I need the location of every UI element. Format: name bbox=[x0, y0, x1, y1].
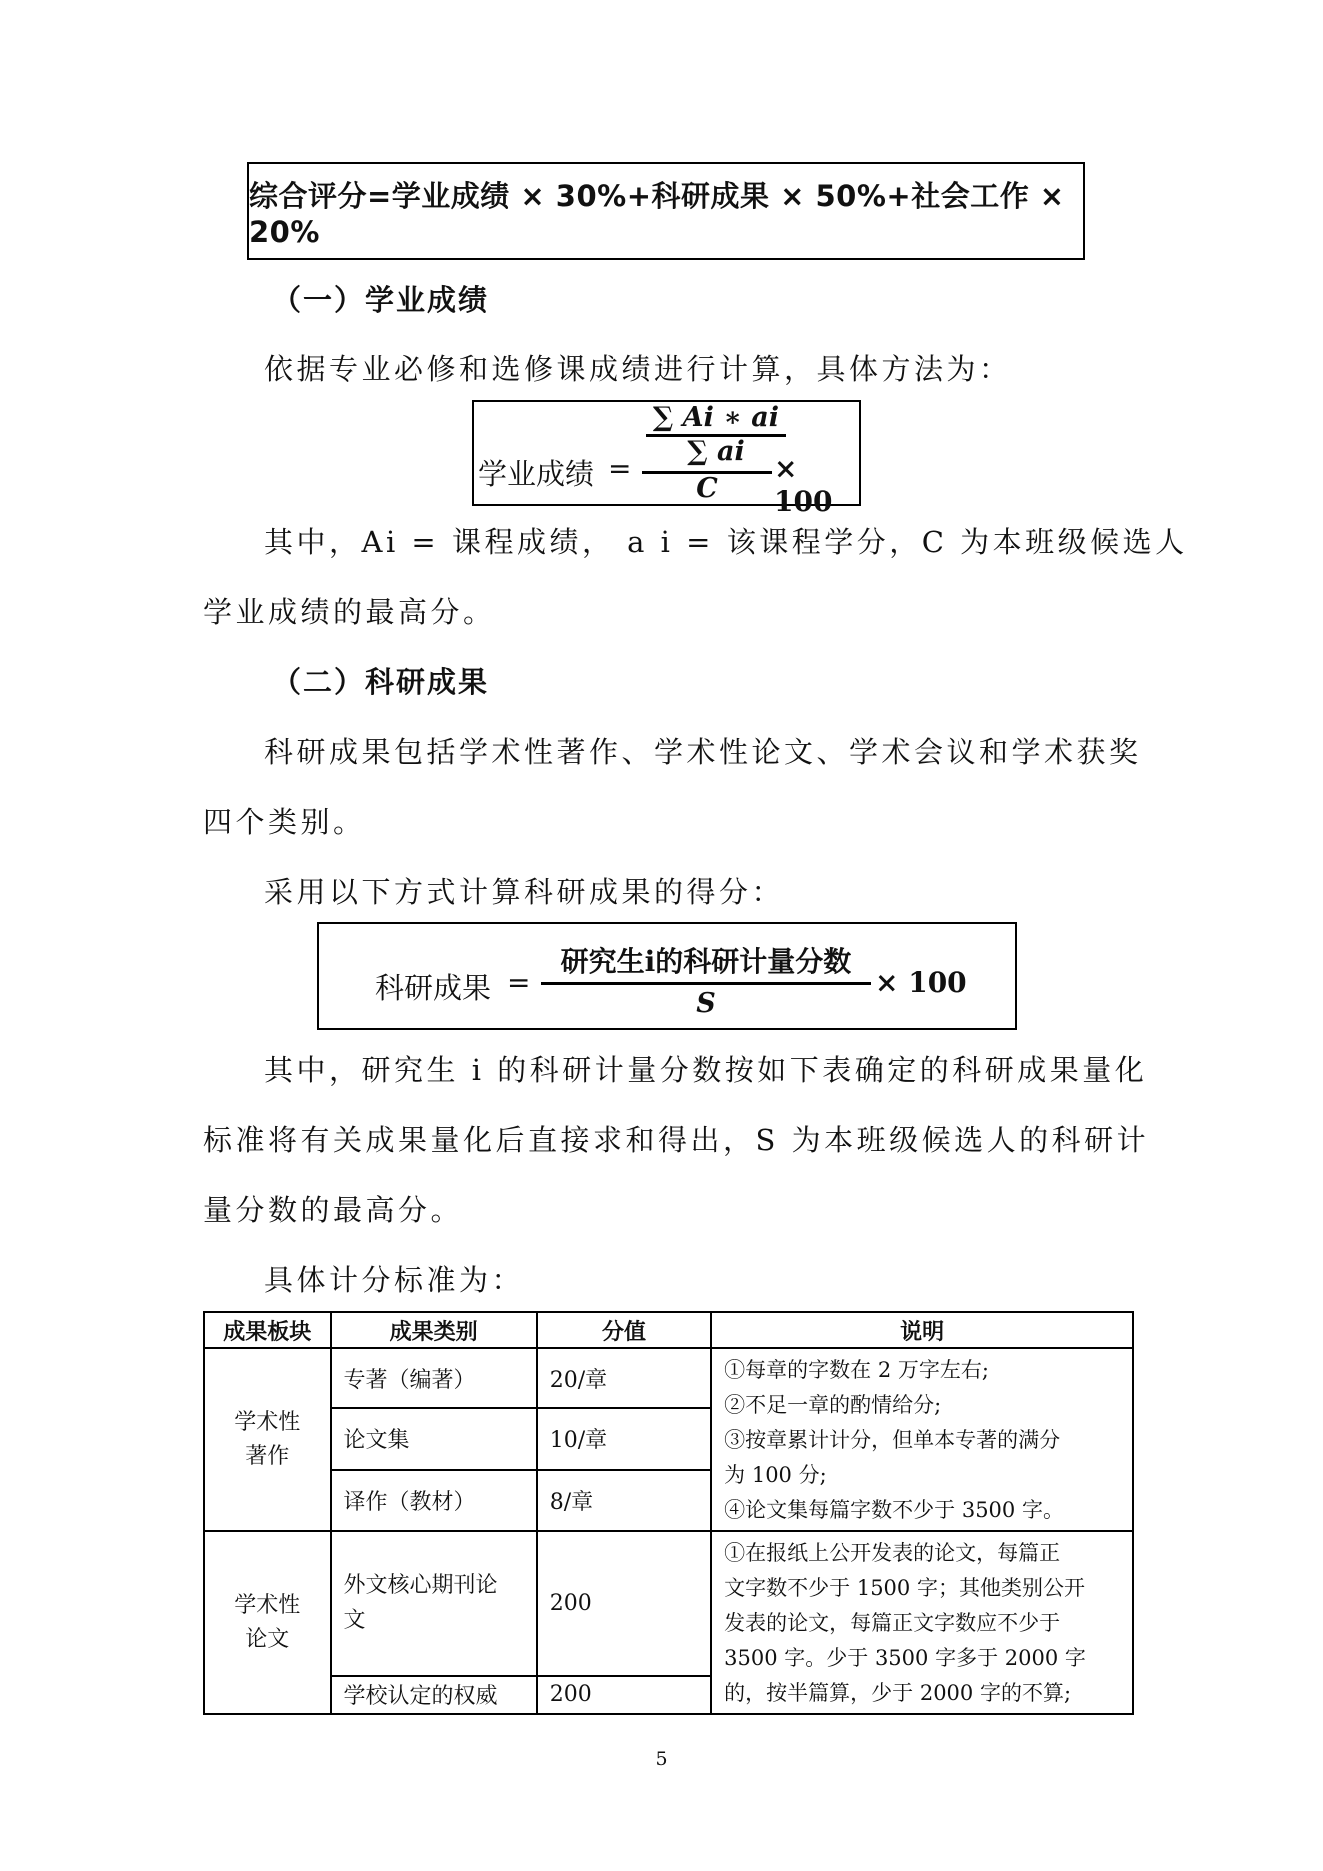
block-line: 学术性 bbox=[217, 1589, 318, 1623]
note-line: 3500 字。少于 3500 字多于 2000 字 bbox=[724, 1641, 1120, 1676]
academic-formula-equals: = bbox=[608, 452, 631, 485]
research-formula-equals: = bbox=[507, 966, 530, 999]
composite-score-formula: 综合评分=学业成绩 × 30%+科研成果 × 50%+社会工作 × 20% bbox=[247, 162, 1085, 260]
note-line: 为 100 分; bbox=[724, 1458, 1120, 1493]
category-cell: 学校认定的权威 bbox=[331, 1676, 537, 1714]
header-category: 成果类别 bbox=[331, 1312, 537, 1348]
block-cell-works: 学术性 著作 bbox=[204, 1348, 331, 1531]
score-cell: 200 bbox=[537, 1531, 711, 1676]
section-heading-research: （二）科研成果 bbox=[272, 660, 489, 701]
header-notes: 说明 bbox=[711, 1312, 1133, 1348]
block-line: 论文 bbox=[217, 1623, 318, 1657]
research-formula-numerator: 研究生i的科研计量分数 bbox=[541, 942, 871, 985]
composite-score-formula-text: 综合评分=学业成绩 × 30%+科研成果 × 50%+社会工作 × 20% bbox=[249, 174, 1083, 249]
block-cell-papers: 学术性 论文 bbox=[204, 1531, 331, 1714]
research-explain-line1: 其中，研究生 i 的科研计量分数按如下表确定的科研成果量化 bbox=[264, 1048, 1147, 1089]
research-formula: 科研成果 = 研究生i的科研计量分数 S × 100 bbox=[317, 922, 1017, 1030]
category-cell: 专著（编著） bbox=[331, 1348, 537, 1408]
table-header-row: 成果板块 成果类别 分值 说明 bbox=[204, 1312, 1133, 1348]
note-line: ④论文集每篇字数不少于 3500 字。 bbox=[724, 1493, 1120, 1528]
academic-intro: 依据专业必修和选修课成绩进行计算，具体方法为： bbox=[264, 347, 1012, 388]
research-intro-line1: 科研成果包括学术性著作、学术性论文、学术会议和学术获奖 bbox=[264, 730, 1142, 771]
block-line: 著作 bbox=[217, 1440, 318, 1474]
note-line: ③按章累计计分，但单本专著的满分 bbox=[724, 1423, 1120, 1458]
academic-formula-inner-denominator: ∑ ai bbox=[646, 437, 786, 467]
category-cell: 外文核心期刊论 文 bbox=[331, 1531, 537, 1676]
table-row: 学术性 著作 专著（编著） 20/章 ①每章的字数在 2 万字左右; ②不足一章… bbox=[204, 1348, 1133, 1408]
note-line: ②不足一章的酌情给分; bbox=[724, 1388, 1120, 1423]
research-formula-times: × 100 bbox=[875, 966, 967, 999]
score-cell: 20/章 bbox=[537, 1348, 711, 1408]
page-number: 5 bbox=[0, 1748, 1323, 1770]
note-line: 的，按半篇算，少于 2000 字的不算; bbox=[724, 1676, 1120, 1711]
notes-cell-works: ①每章的字数在 2 万字左右; ②不足一章的酌情给分; ③按章累计计分，但单本专… bbox=[711, 1348, 1133, 1531]
category-cell: 论文集 bbox=[331, 1408, 537, 1469]
header-block: 成果板块 bbox=[204, 1312, 331, 1348]
score-cell: 200 bbox=[537, 1676, 711, 1714]
section-heading-academic: （一）学业成绩 bbox=[272, 278, 489, 319]
note-line: ①在报纸上公开发表的论文，每篇正 bbox=[724, 1536, 1120, 1571]
scoring-criteria-table: 成果板块 成果类别 分值 说明 学术性 著作 专著（编著） 20/章 ①每章的字… bbox=[203, 1311, 1134, 1715]
score-cell: 8/章 bbox=[537, 1470, 711, 1531]
research-explain-line2: 标准将有关成果量化后直接求和得出，S 为本班级候选人的科研计 bbox=[203, 1118, 1149, 1159]
category-line: 外文核心期刊论 bbox=[344, 1568, 524, 1603]
research-intro-line2: 四个类别。 bbox=[203, 800, 366, 841]
note-line: 文字数不少于 1500 字；其他类别公开 bbox=[724, 1571, 1120, 1606]
research-formula-lhs: 科研成果 bbox=[375, 966, 491, 1007]
category-line: 文 bbox=[344, 1603, 524, 1638]
academic-formula-inner-numerator: ∑ Ai ∗ ai bbox=[646, 402, 786, 437]
score-cell: 10/章 bbox=[537, 1408, 711, 1469]
academic-formula: 学业成绩 = ∑ Ai ∗ ai ∑ ai C × 100 bbox=[472, 400, 861, 506]
academic-formula-times: × 100 bbox=[774, 452, 859, 518]
note-line: 发表的论文，每篇正文字数应不少于 bbox=[724, 1606, 1120, 1641]
block-line: 学术性 bbox=[217, 1406, 318, 1440]
research-explain-line3: 量分数的最高分。 bbox=[203, 1188, 463, 1229]
standard-label: 具体计分标准为： bbox=[264, 1258, 524, 1299]
research-formula-denominator: S bbox=[541, 986, 871, 1022]
notes-cell-papers: ①在报纸上公开发表的论文，每篇正 文字数不少于 1500 字；其他类别公开 发表… bbox=[711, 1531, 1133, 1714]
academic-explain-line1: 其中，Ai = 课程成绩， a i = 该课程学分，C 为本班级候选人 bbox=[264, 520, 1188, 561]
category-cell: 译作（教材） bbox=[331, 1470, 537, 1531]
table-row: 学术性 论文 外文核心期刊论 文 200 ①在报纸上公开发表的论文，每篇正 文字… bbox=[204, 1531, 1133, 1676]
academic-explain-line2: 学业成绩的最高分。 bbox=[203, 590, 496, 631]
academic-formula-lhs: 学业成绩 bbox=[478, 452, 594, 493]
academic-formula-outer-denominator: C bbox=[642, 474, 772, 504]
header-score: 分值 bbox=[537, 1312, 711, 1348]
research-method: 采用以下方式计算科研成果的得分： bbox=[264, 870, 784, 911]
note-line: ①每章的字数在 2 万字左右; bbox=[724, 1353, 1120, 1388]
